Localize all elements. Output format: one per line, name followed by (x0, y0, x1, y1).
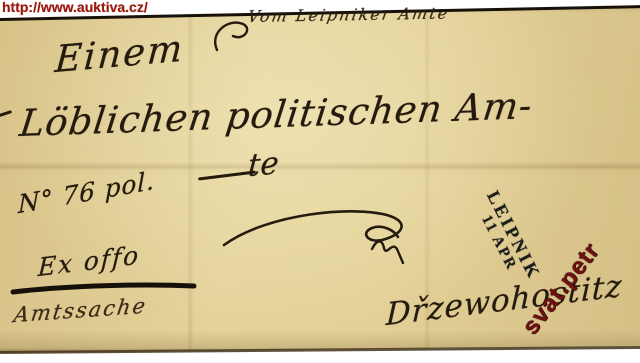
flourish-mark (222, 183, 422, 275)
address-line-3: te (247, 145, 280, 184)
ex-offo-underline-stroke (10, 280, 198, 296)
ink-squiggle-mark (205, 14, 257, 56)
docket-annotation: Vom Leipniker Amte (246, 3, 450, 26)
scanned-letter-photo: http://www.auktiva.cz/ Vom Leipniker Amt… (0, 0, 640, 363)
auction-site-url: http://www.auktiva.cz/ (2, 0, 148, 15)
